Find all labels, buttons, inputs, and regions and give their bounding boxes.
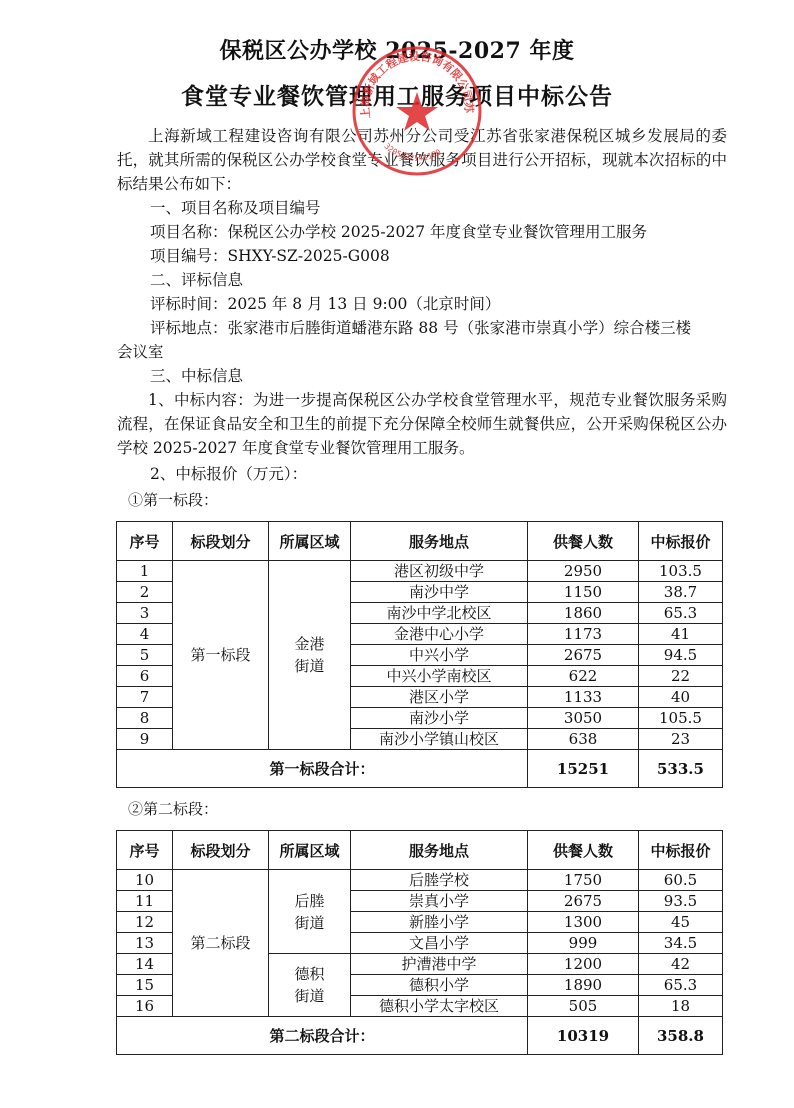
row-no: 6 (117, 666, 173, 687)
area-line2: 街道 (294, 987, 324, 1005)
table-header-row: 序号 标段划分 所属区域 服务地点 供餐人数 中标报价 (117, 831, 723, 870)
row-diners: 1133 (528, 687, 639, 708)
total-diners: 10319 (528, 1017, 639, 1055)
row-diners: 1750 (528, 870, 639, 891)
eval-place-line1: 评标地点：张家港市后塍街道蟠港东路 88 号（张家港市崇真小学）综合楼三楼 (150, 316, 691, 340)
header-area: 所属区域 (269, 831, 351, 870)
row-site: 金港中心小学 (351, 624, 528, 645)
row-no: 11 (117, 891, 173, 912)
section-cell: 第二标段 (173, 870, 269, 1017)
row-site: 德积小学 (351, 975, 528, 996)
row-price: 65.3 (639, 603, 723, 624)
row-site: 中兴小学 (351, 645, 528, 666)
row-site: 中兴小学南校区 (351, 666, 528, 687)
total-price: 358.8 (639, 1017, 723, 1055)
header-diners: 供餐人数 (528, 522, 639, 561)
area-cell-deji: 德积 街道 (269, 954, 351, 1017)
table-row: 10 第二标段 后塍 街道 后塍学校 1750 60.5 (117, 870, 723, 891)
row-price: 45 (639, 912, 723, 933)
header-area: 所属区域 (269, 522, 351, 561)
row-diners: 2675 (528, 645, 639, 666)
header-diners: 供餐人数 (528, 831, 639, 870)
area-line2: 街道 (294, 914, 324, 932)
row-diners: 999 (528, 933, 639, 954)
total-label: 第一标段合计： (117, 750, 528, 788)
row-price: 103.5 (639, 561, 723, 582)
area-line2: 街道 (294, 657, 324, 675)
total-row: 第一标段合计： 15251 533.5 (117, 750, 723, 788)
row-price: 94.5 (639, 645, 723, 666)
row-site: 南沙中学 (351, 582, 528, 603)
row-site: 南沙小学镇山校区 (351, 729, 528, 750)
row-diners: 1150 (528, 582, 639, 603)
header-price: 中标报价 (639, 522, 723, 561)
row-no: 4 (117, 624, 173, 645)
row-diners: 505 (528, 996, 639, 1017)
row-no: 14 (117, 954, 173, 975)
total-row: 第二标段合计： 10319 358.8 (117, 1017, 723, 1055)
row-diners: 638 (528, 729, 639, 750)
document-title-line1: 保税区公办学校 2025-2027 年度 (0, 34, 794, 65)
row-price: 38.7 (639, 582, 723, 603)
intro-paragraph: 上海新域工程建设咨询有限公司苏州分公司受江苏省张家港保税区城乡发展局的委托，就其… (117, 124, 727, 196)
lot1-table: 序号 标段划分 所属区域 服务地点 供餐人数 中标报价 1 第一标段 金港 街道… (116, 521, 723, 788)
row-diners: 2675 (528, 891, 639, 912)
row-no: 12 (117, 912, 173, 933)
row-site: 德积小学太字校区 (351, 996, 528, 1017)
header-section: 标段划分 (173, 522, 269, 561)
section3-heading: 三、中标信息 (150, 364, 243, 388)
row-price: 105.5 (639, 708, 723, 729)
header-site: 服务地点 (351, 522, 528, 561)
header-price: 中标报价 (639, 831, 723, 870)
row-diners: 1173 (528, 624, 639, 645)
row-price: 22 (639, 666, 723, 687)
row-diners: 3050 (528, 708, 639, 729)
header-section: 标段划分 (173, 831, 269, 870)
row-no: 5 (117, 645, 173, 666)
row-price: 18 (639, 996, 723, 1017)
row-diners: 622 (528, 666, 639, 687)
header-site: 服务地点 (351, 831, 528, 870)
row-site: 南沙中学北校区 (351, 603, 528, 624)
row-no: 3 (117, 603, 173, 624)
row-site: 港区初级中学 (351, 561, 528, 582)
total-price: 533.5 (639, 750, 723, 788)
row-diners: 2950 (528, 561, 639, 582)
lot2-label: ②第二标段： (128, 797, 218, 821)
row-no: 9 (117, 729, 173, 750)
price-heading: 2、中标报价（万元）： (150, 462, 307, 486)
section2-heading: 二、评标信息 (150, 268, 243, 292)
section-cell: 第一标段 (173, 561, 269, 750)
row-site: 后塍学校 (351, 870, 528, 891)
row-no: 1 (117, 561, 173, 582)
row-diners: 1200 (528, 954, 639, 975)
document-title-line2: 食堂专业餐饮管理用工服务项目中标公告 (0, 78, 794, 111)
area-line1: 金港 (294, 635, 324, 653)
area-line1: 后塍 (294, 892, 324, 910)
row-no: 7 (117, 687, 173, 708)
area-line1: 德积 (294, 965, 324, 983)
row-price: 60.5 (639, 870, 723, 891)
eval-place-line2: 会议室 (117, 340, 164, 364)
row-no: 10 (117, 870, 173, 891)
total-label: 第二标段合计： (117, 1017, 528, 1055)
project-code: 项目编号：SHXY-SZ-2025-G008 (150, 244, 390, 268)
area-cell: 金港 街道 (269, 561, 351, 750)
row-diners: 1890 (528, 975, 639, 996)
eval-time: 评标时间：2025 年 8 月 13 日 9:00（北京时间） (150, 292, 500, 316)
row-site: 崇真小学 (351, 891, 528, 912)
row-price: 93.5 (639, 891, 723, 912)
row-site: 南沙小学 (351, 708, 528, 729)
lot2-table: 序号 标段划分 所属区域 服务地点 供餐人数 中标报价 10 第二标段 后塍 街… (116, 830, 723, 1055)
row-no: 8 (117, 708, 173, 729)
row-diners: 1300 (528, 912, 639, 933)
lot1-label: ①第一标段： (128, 488, 218, 512)
row-site: 新塍小学 (351, 912, 528, 933)
row-diners: 1860 (528, 603, 639, 624)
row-price: 65.3 (639, 975, 723, 996)
row-no: 16 (117, 996, 173, 1017)
row-price: 34.5 (639, 933, 723, 954)
row-site: 港区小学 (351, 687, 528, 708)
content-intro: 1、中标内容：为进一步提高保税区公办学校食堂管理水平，规范专业餐饮服务采购流程，… (117, 388, 727, 460)
document-page: 保税区公办学校 2025-2027 年度 食堂专业餐饮管理用工服务项目中标公告 … (0, 0, 794, 1108)
table-row: 1 第一标段 金港 街道 港区初级中学 2950 103.5 (117, 561, 723, 582)
project-name: 项目名称：保税区公办学校 2025-2027 年度食堂专业餐饮管理用工服务 (150, 220, 647, 244)
row-no: 13 (117, 933, 173, 954)
row-no: 15 (117, 975, 173, 996)
table-header-row: 序号 标段划分 所属区域 服务地点 供餐人数 中标报价 (117, 522, 723, 561)
row-site: 护漕港中学 (351, 954, 528, 975)
row-price: 42 (639, 954, 723, 975)
total-diners: 15251 (528, 750, 639, 788)
header-no: 序号 (117, 831, 173, 870)
header-no: 序号 (117, 522, 173, 561)
section1-heading: 一、项目名称及项目编号 (150, 196, 321, 220)
area-cell-housheng: 后塍 街道 (269, 870, 351, 954)
row-price: 41 (639, 624, 723, 645)
row-site: 文昌小学 (351, 933, 528, 954)
row-price: 23 (639, 729, 723, 750)
row-price: 40 (639, 687, 723, 708)
row-no: 2 (117, 582, 173, 603)
